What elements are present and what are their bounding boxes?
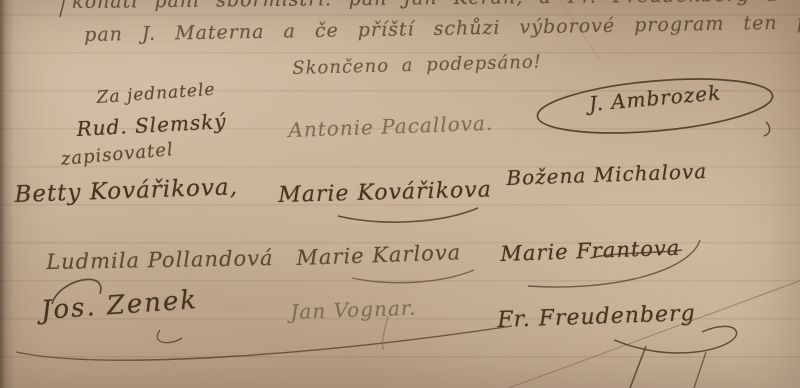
vognar-descender (382, 316, 388, 350)
stray-descender-stroke (60, 0, 64, 17)
signature-marie-karlova: Marie Karlova (296, 240, 462, 270)
signature-bozena-michalova: Božena Michalova (506, 159, 708, 190)
signature-jan-vognar: Jan Vognar. (290, 296, 417, 324)
signature-jos-zenek: Jos. Zenek (40, 285, 199, 326)
karlova-underline-flourish (352, 270, 474, 283)
crease-line-bottom-right (498, 280, 800, 388)
role-line-zapisovatel: zapisovatel (60, 139, 175, 170)
signature-antonie-pacallova: Antonie Pacallova. (288, 111, 494, 142)
zenek-underline-sweep (16, 326, 512, 360)
role-line-za-jednatele: Za jednatele (96, 80, 216, 108)
body-line-2: pan J. Materna a če příští schůzi výboro… (84, 10, 800, 46)
manuscript-page: konati páni sbormistři: pan Jan Kéran, a… (0, 0, 800, 388)
signature-j-ambrozek: J. Ambrozek (588, 80, 722, 115)
signature-marie-frantova: Marie Frantova (500, 236, 681, 266)
signature-betty-kovarikova: Betty Kovářikova, (14, 174, 238, 208)
bottom-stroke-1 (630, 346, 646, 388)
bottom-stroke-2 (694, 352, 706, 388)
signature-fr-freudenberg: Fr. Freudenberg (497, 301, 696, 333)
zenek-k-tail (157, 330, 182, 343)
freudenberg-tail-flourish (614, 326, 737, 353)
ambrozek-tail-flourish (764, 122, 770, 136)
body-line-3: Skončeno a podepsáno! (292, 51, 542, 79)
signature-marie-kovarikova: Marie Kovářikova (278, 177, 492, 208)
kovarikova-underline-flourish (338, 208, 478, 222)
signature-ludmila-pollandova: Ludmila Pollandová (46, 246, 274, 274)
body-line-1: konati páni sbormistři: pan Jan Kéran, a… (72, 0, 779, 13)
signature-rud-slemsky: Rud. Slemský (76, 109, 227, 141)
